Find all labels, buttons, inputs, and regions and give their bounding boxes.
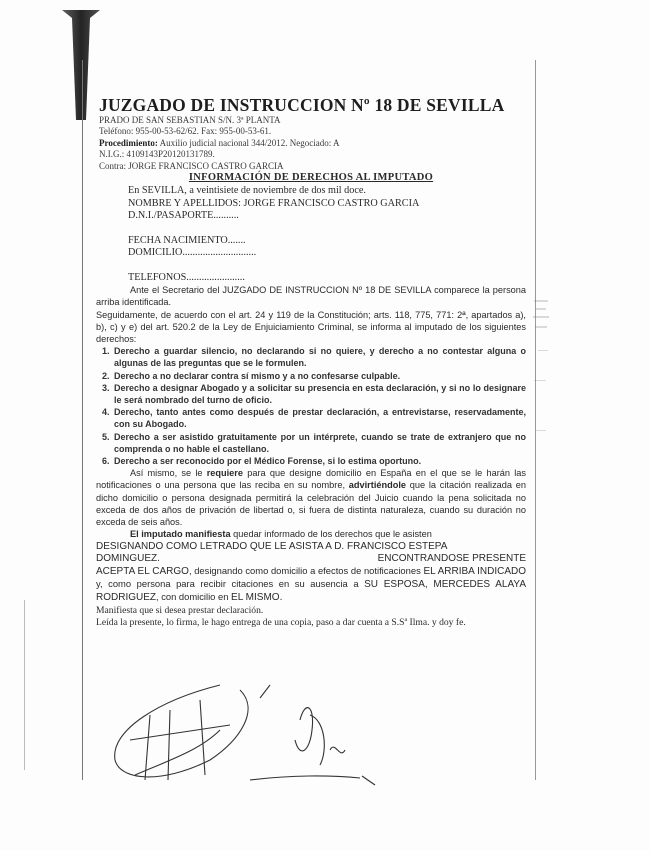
procedure-value: Auxilio judicial nacional 344/2012. Nego… (158, 138, 340, 148)
text-span: Así mismo, se le (130, 468, 207, 478)
place-date: En SEVILLA, a veintisiete de noviembre d… (128, 185, 526, 198)
procedure-line: Procedimiento: Auxilio judicial nacional… (99, 138, 526, 149)
text-span: advirtiéndole (349, 480, 406, 490)
birth-date-field: FECHA NACIMIENTO....... (128, 235, 526, 248)
scanned-page: JUZGADO DE INSTRUCCION Nº 18 DE SEVILLA … (0, 0, 650, 851)
scan-edge-line (24, 600, 25, 770)
legal-basis-paragraph: Seguidamente, de acuerdo con el art. 24 … (96, 309, 526, 346)
text-span: DOMINGUEZ. (96, 553, 160, 565)
handwritten-signatures (100, 680, 400, 790)
document-subtitle: INFORMACIÓN DE DERECHOS AL IMPUTADO (96, 172, 526, 184)
procedure-label: Procedimiento: (99, 138, 158, 148)
court-title: JUZGADO DE INSTRUCCION Nº 18 DE SEVILLA (99, 95, 526, 115)
scan-noise (530, 290, 570, 500)
declaration-line: Manifiesta que si desea prestar declarac… (96, 605, 526, 617)
right-item: Derecho a designar Abogado y a solicitar… (112, 382, 526, 406)
against-line: Contra: JORGE FRANCISCO CASTRO GARCIA (99, 161, 526, 172)
text-span: EL MISMO. (231, 592, 282, 603)
manifest-paragraph: El imputado manifiesta quedar informado … (96, 528, 526, 540)
court-address: PRADO DE SAN SEBASTIAN S/N. 3ª PLANTA (99, 115, 526, 126)
text-span: El imputado manifiesta (130, 529, 231, 539)
left-margin-line (82, 60, 83, 780)
court-phone-fax: Teléfono: 955-00-53-62/62. Fax: 955-00-5… (99, 126, 526, 137)
right-item: Derecho, tanto antes como después de pre… (112, 406, 526, 430)
document-body: JUZGADO DE INSTRUCCION Nº 18 DE SEVILLA … (96, 95, 526, 629)
text-span: ACEPTA EL CARGO (96, 566, 189, 577)
closing-paragraph: Leída la presente, lo firma, le hago ent… (96, 617, 526, 629)
dni-field: D.N.I./PASAPORTE.......... (128, 210, 526, 223)
right-item: Derecho a ser asistido gratuitamente por… (112, 431, 526, 455)
right-item: Derecho a guardar silencio, no declarand… (112, 345, 526, 369)
text-span: y, como persona para recibir citaciones … (96, 578, 364, 589)
address-field: DOMICILIO............................. (128, 247, 526, 260)
name-field: NOMBRE Y APELLIDOS: JORGE FRANCISCO CAST… (128, 198, 526, 211)
acceptance-paragraph: ACEPTA EL CARGO, designando como domicil… (96, 565, 526, 605)
lawyer-line: DESIGNANDO COMO LETRADO QUE LE ASISTA A … (96, 541, 526, 553)
text-span: EL ARRIBA INDICADO (423, 566, 526, 577)
phones-field: TELEFONOS....................... (128, 272, 526, 285)
right-item: Derecho a no declarar contra sí mismo y … (112, 370, 526, 382)
binder-clip-shadow (62, 10, 100, 120)
text-span: requiere (207, 468, 243, 478)
text-span: , designando como domicilio a efectos de… (189, 565, 424, 576)
text-span: ENCONTRANDOSE PRESENTE (378, 553, 526, 565)
nig-line: N.I.G.: 4109143P20120131789. (99, 149, 526, 160)
right-item: Derecho a ser reconocido por el Médico F… (112, 455, 526, 467)
text-span: , con domicilio en (156, 591, 231, 602)
text-span: quedar informado de los derechos que le … (231, 529, 432, 539)
appearance-paragraph: Ante el Secretario del JUZGADO DE INSTRU… (96, 284, 526, 308)
domicile-paragraph: Así mismo, se le requiere para que desig… (96, 467, 526, 528)
lawyer-line-2: DOMINGUEZ.ENCONTRANDOSE PRESENTE (96, 553, 526, 565)
rights-list: Derecho a guardar silencio, no declarand… (96, 345, 526, 467)
